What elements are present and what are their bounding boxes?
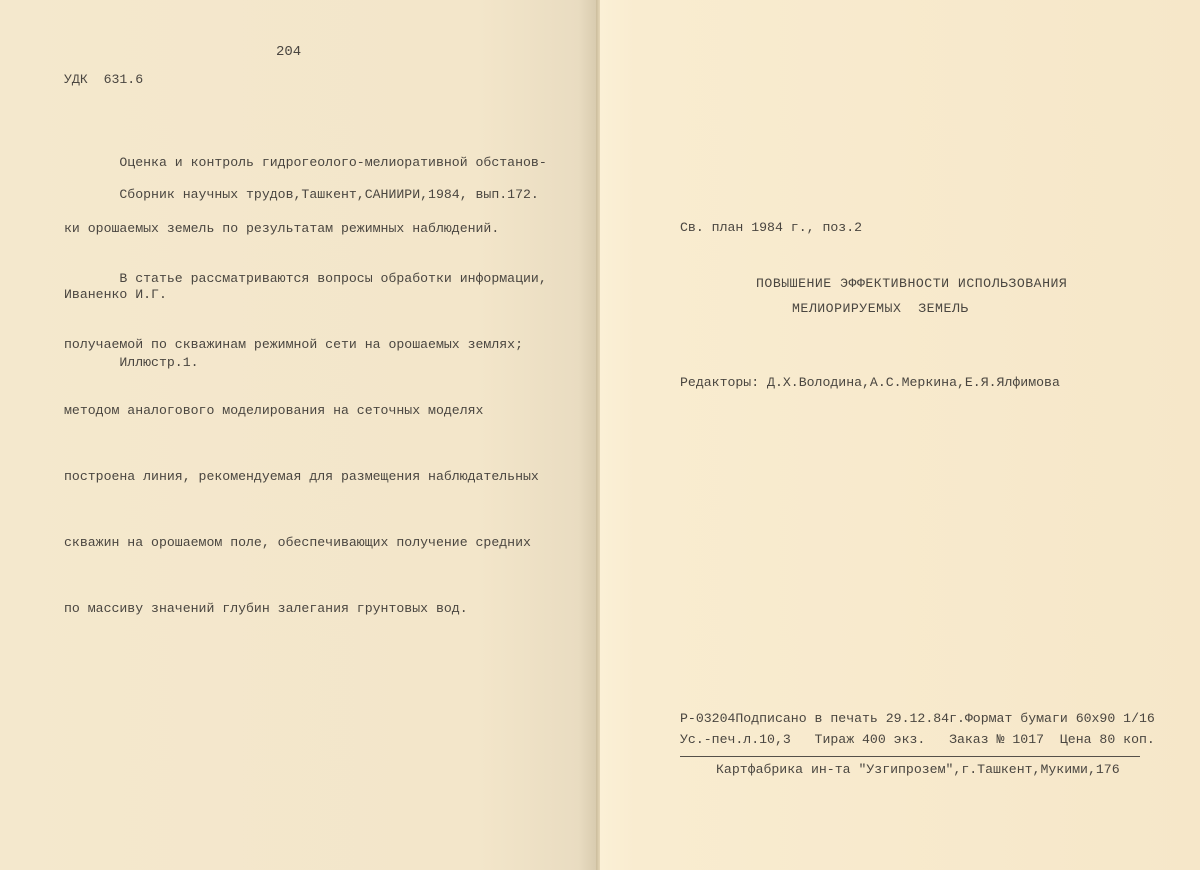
imprint-line-2: Ус.-печ.л.10,3 Тираж 400 экз. Заказ № 10…	[680, 732, 1155, 747]
editors-line: Редакторы: Д.Х.Володина,А.С.Меркина,Е.Я.…	[680, 375, 1060, 390]
book-title-line-2: МЕЛИОРИРУЕМЫХ ЗЕМЕЛЬ	[792, 301, 969, 316]
abstract-line: по массиву значений глубин залегания гру…	[64, 598, 547, 620]
page-number: 204	[276, 44, 301, 60]
imprint-divider	[680, 756, 1140, 757]
abstract-line: В статье рассматриваются вопросы обработ…	[64, 268, 547, 290]
abstract-line: скважин на орошаемом поле, обеспечивающи…	[64, 532, 547, 554]
imprint-line-1: Р-03204Подписано в печать 29.12.84г.Форм…	[680, 711, 1155, 726]
abstract-line: методом аналогового моделирования на сет…	[64, 400, 547, 422]
source-line: Сборник научных трудов,Ташкент,САНИИРИ,1…	[64, 184, 539, 206]
right-page: Св. план 1984 г., поз.2 ПОВЫШЕНИЕ ЭФФЕКТ…	[600, 0, 1200, 870]
printer-line: Картфабрика ин-та "Узгипрозем",г.Ташкент…	[716, 762, 1120, 777]
left-page: 204 УДК 631.6 Оценка и контроль гидрогео…	[0, 0, 596, 870]
udk-code: УДК 631.6	[64, 72, 143, 87]
abstract: В статье рассматриваются вопросы обработ…	[64, 224, 547, 664]
title-line: Оценка и контроль гидрогеолого-мелиорати…	[64, 152, 547, 174]
book-title-line-1: ПОВЫШЕНИЕ ЭФФЕКТИВНОСТИ ИСПОЛЬЗОВАНИЯ	[756, 276, 1067, 291]
abstract-line: построена линия, рекомендуемая для разме…	[64, 466, 547, 488]
illustrations-count: Иллюстр.1.	[64, 352, 199, 374]
publication-plan: Св. план 1984 г., поз.2	[680, 220, 862, 235]
book-spread: 204 УДК 631.6 Оценка и контроль гидрогео…	[0, 0, 1200, 870]
